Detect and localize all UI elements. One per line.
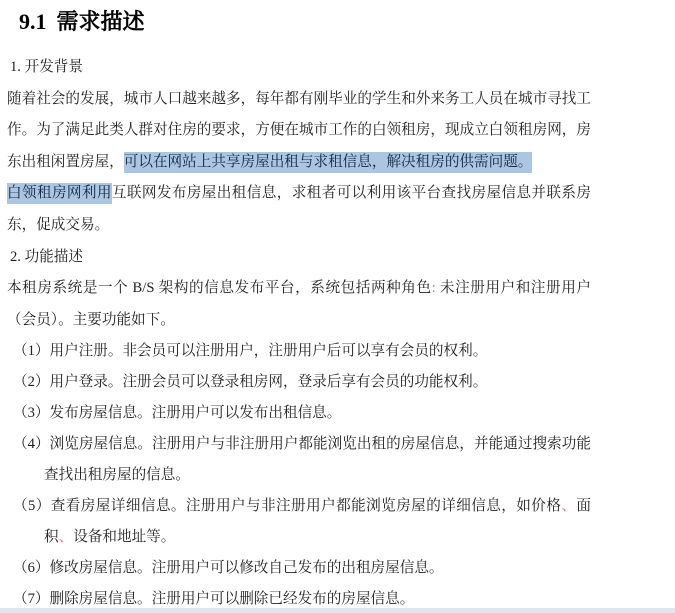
page-title: 9.1需求描述 [19,8,675,35]
page-title-text: 需求描述 [57,9,145,34]
feature-list: （1）用户注册。非会员可以注册用户，注册用户后可以享有会员的权利。 （2）用户登… [7,336,675,613]
feature-item-register: （1）用户注册。非会员可以注册用户，注册用户后可以享有会员的权利。 [13,336,591,367]
feature-detail-part3: 设备和地址等。 [73,529,175,545]
feature-detail-part1: （5）查看房屋详细信息。注册用户与非注册用户都能浏览房屋的详细信息，如价格 [13,498,561,514]
highlighted-text-share-info: 可以在网站上共享房屋出租与求租信息，解决租房的供需问题。 [124,152,533,173]
feature-item-edit: （6）修改房屋信息。注册用户可以修改自己发布的出租房屋信息。 [13,553,591,584]
paragraph-system-intro: 本租房系统是一个 B/S 架构的信息发布平台，系统包括两种角色: 未注册用户和注… [7,273,591,336]
feature-item-login: （2）用户登录。注册会员可以登录租房网，登录后享有会员的功能权利。 [13,367,591,398]
feature-item-view-detail: （5）查看房屋详细信息。注册用户与非注册用户都能浏览房屋的详细信息，如价格、面积… [13,491,591,553]
pink-enumeration-comma-2: 、 [59,529,74,545]
page-title-number: 9.1 [19,9,47,34]
bottom-edge-strip [0,608,675,613]
highlighted-text-site-name: 白领租房网利用 [7,183,112,204]
paragraph-platform: 白领租房网利用互联网发布房屋出租信息，求租者可以利用该平台查找房屋信息并联系房东… [7,178,591,241]
document-content: 9.1需求描述 1. 开发背景 随着社会的发展，城市人口越来越多，每年都有刚毕业… [0,0,675,613]
paragraph-background: 随着社会的发展，城市人口越来越多，每年都有刚毕业的学生和外来务工人员在城市寻找工… [7,84,591,179]
intro-text-before: 本租房系统是一个 B/S 架构的信息发布平台，系统包括两种角色 [7,280,432,296]
section-heading-development-background: 1. 开发背景 [10,52,675,84]
section-heading-function-description: 2. 功能描述 [10,242,675,274]
feature-item-publish: （3）发布房屋信息。注册用户可以发布出租信息。 [13,398,591,429]
document-page: 9.1需求描述 1. 开发背景 随着社会的发展，城市人口越来越多，每年都有刚毕业… [0,0,675,613]
feature-item-browse: （4）浏览房屋信息。注册用户与非注册用户都能浏览出租的房屋信息，并能通过搜索功能… [13,429,591,491]
pink-enumeration-comma-1: 、 [561,498,576,514]
